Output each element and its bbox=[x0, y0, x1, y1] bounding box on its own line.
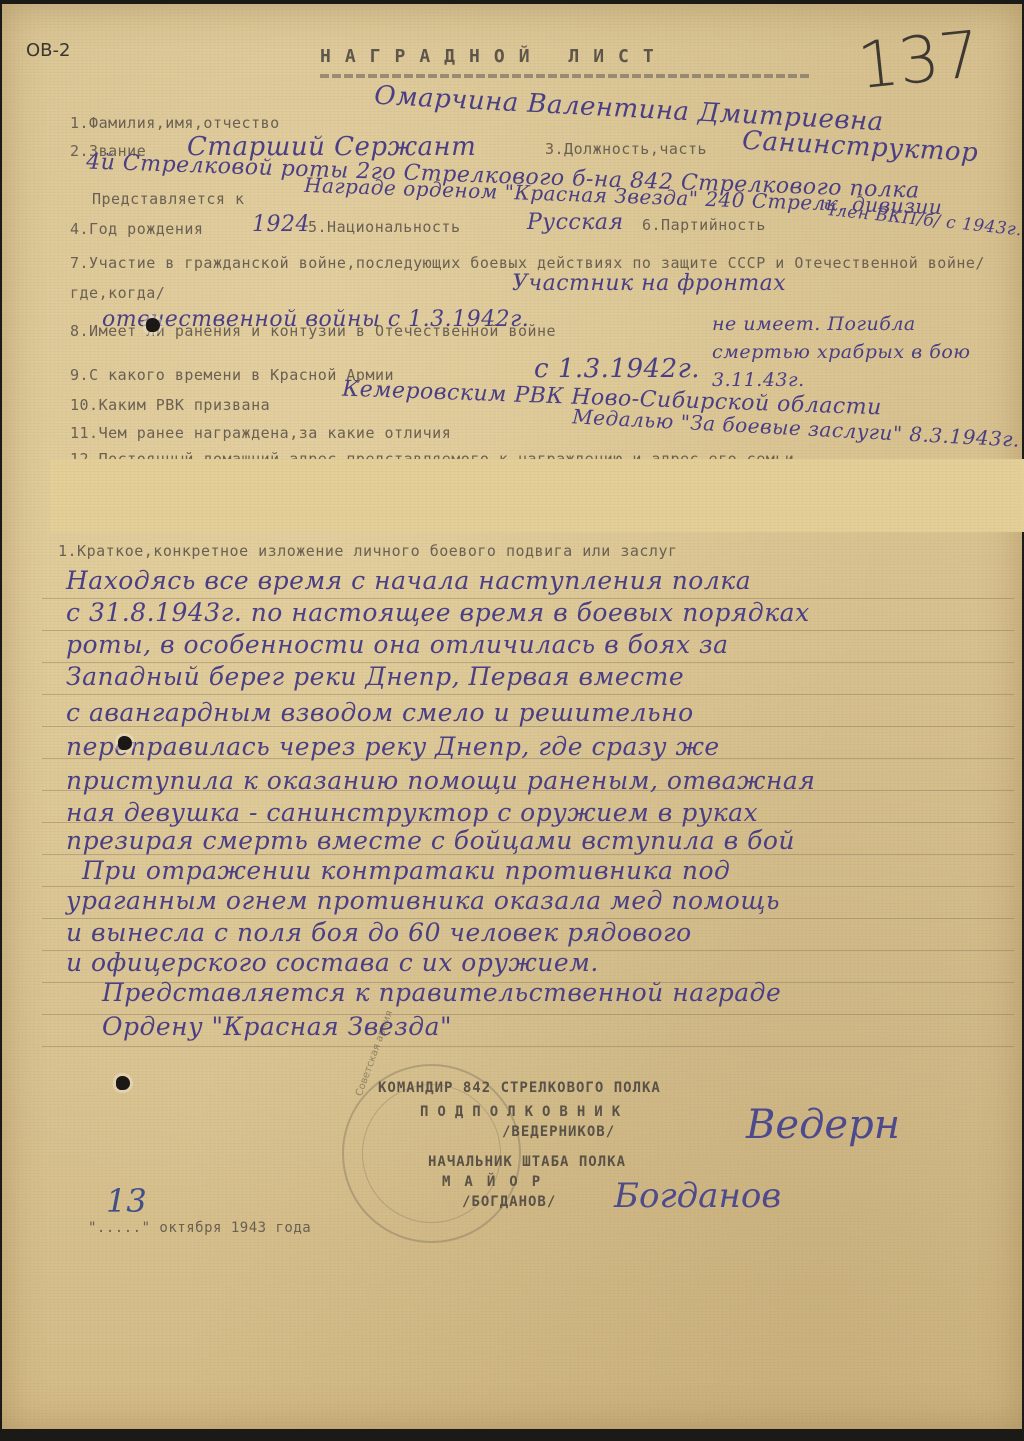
commander-name: /ВЕДЕРНИКОВ/ bbox=[502, 1124, 615, 1140]
chief-signature: Богданов bbox=[614, 1176, 781, 1216]
feat-line: Ордену "Красная Звезда" bbox=[102, 1012, 452, 1041]
date-day: 13 bbox=[106, 1182, 147, 1220]
document-title: НАГРАДНОЙ ЛИСТ bbox=[320, 46, 668, 67]
punch-hole bbox=[116, 1076, 130, 1090]
field-label-conscription: 10.Каким РВК призвана bbox=[70, 396, 270, 414]
field-value-position: Санинструктор bbox=[741, 126, 979, 168]
title-underline bbox=[320, 74, 810, 78]
field-value-army-since: с 1.3.1942г. bbox=[534, 354, 700, 384]
ruled-line bbox=[42, 694, 1014, 695]
field-label-name: 1.Фамилия,имя,отчество bbox=[70, 114, 280, 132]
field-label-presented: Представляется к bbox=[92, 190, 245, 208]
commander-signature: Ведерн bbox=[746, 1102, 900, 1148]
redaction-box bbox=[50, 459, 1024, 532]
feat-line: ураганным огнем противника оказала мед п… bbox=[66, 886, 780, 915]
field-label-wounds: 8.Имеет ли ранения и контузии в Отечеств… bbox=[70, 322, 556, 340]
feat-line: переправилась через реку Днепр, где сраз… bbox=[66, 732, 720, 761]
field-label-birth-year: 4.Год рождения bbox=[70, 220, 203, 238]
feat-line: роты, в особенности она отличилась в боя… bbox=[66, 630, 729, 659]
feat-line: Представляется к правительственной награ… bbox=[102, 978, 781, 1007]
award-sheet: ОВ-2 НАГРАДНОЙ ЛИСТ 137 1.Фамилия,имя,от… bbox=[2, 4, 1022, 1429]
archive-mark: ОВ-2 bbox=[26, 40, 70, 61]
feat-line: и офицерского состава с их оружием. bbox=[66, 948, 599, 977]
field-value-nationality: Русская bbox=[527, 210, 624, 235]
commander-rank: ПОДПОЛКОВНИК bbox=[420, 1104, 629, 1120]
commander-title: КОМАНДИР 842 СТРЕЛКОВОГО ПОЛКА bbox=[378, 1080, 661, 1096]
date-text: "....." октября 1943 года bbox=[88, 1220, 311, 1236]
field-label-previous-awards: 11.Чем ранее награждена,за какие отличия bbox=[70, 424, 451, 442]
feat-line: с 31.8.1943г. по настоящее время в боевы… bbox=[66, 598, 810, 627]
feat-line: ная девушка - санинструктор с оружием в … bbox=[66, 798, 758, 827]
chief-name: /БОГДАНОВ/ bbox=[462, 1194, 556, 1210]
feat-line: При отражении контратаки противника под bbox=[82, 856, 730, 885]
feat-line: и вынесла с поля боя до 60 человек рядов… bbox=[66, 918, 692, 947]
field-value-birth-year: 1924 bbox=[252, 212, 310, 237]
feat-line: Находясь все время с начала наступления … bbox=[66, 566, 751, 595]
feat-line: презирая смерть вместе с бойцами вступил… bbox=[66, 826, 795, 855]
field-label-nationality: 5.Национальность bbox=[308, 218, 461, 236]
field-label-position: 3.Должность,часть bbox=[545, 140, 707, 158]
punch-hole bbox=[146, 318, 160, 332]
feat-line: с авангардным взводом смело и решительно bbox=[66, 698, 694, 727]
feat-label: 1.Краткое,конкретное изложение личного б… bbox=[58, 542, 678, 560]
field-value-wounds: не имеет. Погибла смертью храбрых в бою … bbox=[712, 310, 1012, 394]
chief-title: НАЧАЛЬНИК ШТАБА ПОЛКА bbox=[428, 1154, 626, 1170]
punch-hole bbox=[118, 736, 132, 750]
field-label-party: 6.Партийность bbox=[642, 216, 766, 234]
chief-rank: МАЙОР bbox=[442, 1174, 554, 1190]
feat-line: приступила к оказанию помощи раненым, от… bbox=[66, 766, 815, 795]
ruled-line bbox=[42, 1046, 1014, 1047]
feat-line: Западный берег реки Днепр, Первая вместе bbox=[66, 662, 684, 691]
sheet-number: 137 bbox=[854, 18, 983, 104]
